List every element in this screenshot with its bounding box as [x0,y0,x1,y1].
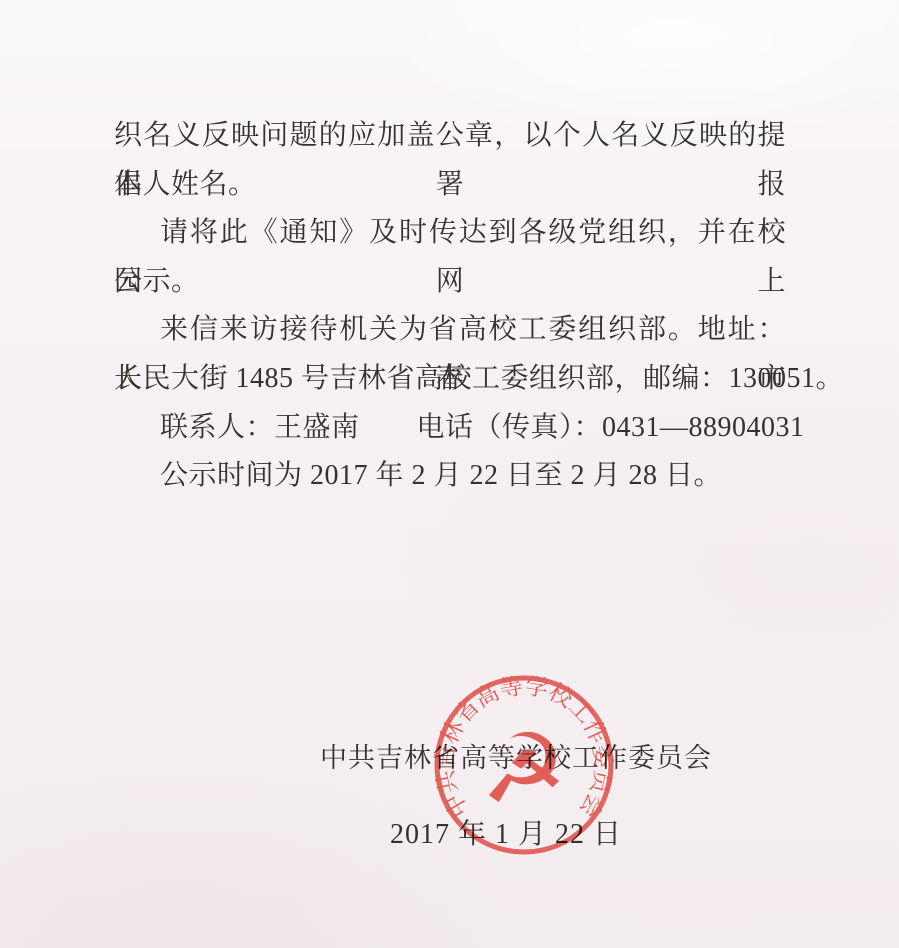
body-line: 请将此《通知》及时传达到各级党组织，并在校园网上 [114,209,786,258]
body-line: 织名义反映问题的应加盖公章，以个人名义反映的提倡署报 [114,112,786,161]
scanned-document-page: 织名义反映问题的应加盖公章，以个人名义反映的提倡署报 本人姓名。 请将此《通知》… [0,0,899,948]
body-line: 公示时间为 2017 年 2 月 22 日至 2 月 28 日。 [114,452,786,501]
document-body: 织名义反映问题的应加盖公章，以个人名义反映的提倡署报 本人姓名。 请将此《通知》… [114,112,786,501]
signature-line: 中共吉林省高等学校工作委员会 [320,736,712,775]
body-line: 来信来访接待机关为省高校工委组织部。地址：长春市 [114,306,786,355]
body-line: 人民大街 1485 号吉林省高校工委组织部，邮编：130051。 [114,355,786,404]
body-line: 联系人：王盛南 电话（传真）：0431—88904031 [114,404,786,453]
date-line: 2017 年 1 月 22 日 [390,812,622,852]
